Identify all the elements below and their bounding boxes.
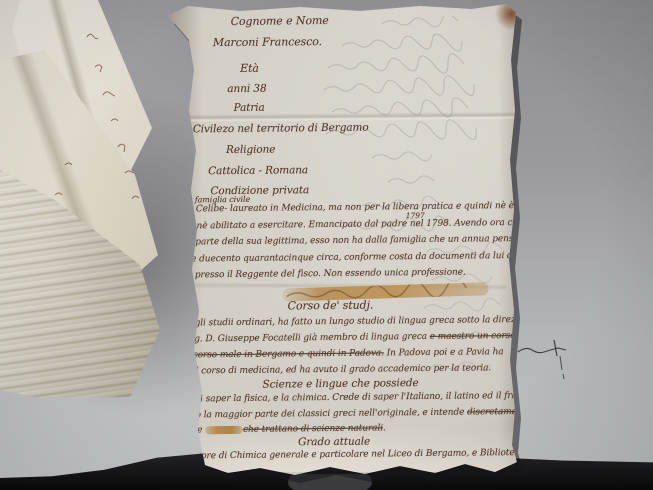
field-label-cognome: Cognome e Nome (231, 14, 329, 28)
inserted-year: 1797 (406, 211, 425, 220)
photo-scene: Cognome e Nome Marconi Francesco. Età an… (0, 0, 653, 490)
section-heading-scienze: Scienze e lingue che possiede (262, 377, 418, 391)
surface-scratch-marks (516, 336, 586, 381)
field-label-religione: Religione (226, 144, 275, 157)
field-value-patria: Civilezo nel territorio di Bergamo (193, 122, 369, 136)
field-value-nome: Marconi Francesco. (213, 35, 322, 49)
line-text: . (383, 423, 386, 433)
paragraph-line: del Sig. D. Giuseppe Focatelli già membr… (169, 331, 527, 345)
paragraph-line: Ha letto la maggior parte dei classici g… (165, 406, 568, 420)
paragraph-line: Professore di Chimica generale e partico… (168, 448, 561, 462)
field-value-religione: Cattolica - Romana (208, 164, 308, 177)
section-heading-grado: Grado attuale (298, 436, 370, 449)
line-text: . Celibe- laureato in Medicina, ma non p… (190, 201, 514, 214)
paragraph-line: gran corso male in Bergamo e quindi in P… (169, 347, 503, 361)
paragraph-line: posti presso il Reggente del fisco. Non … (170, 268, 465, 281)
field-label-patria: Patria (233, 102, 264, 114)
field-value-eta: anni 38 (227, 83, 266, 95)
struck-text: che trattano di scienze naturali (243, 423, 383, 434)
section-heading-studi: Corso de' studj. (288, 299, 374, 313)
paragraph-line: Oltre gli studii ordinari, ha fatto un l… (169, 315, 535, 329)
field-label-eta: Età (240, 62, 259, 75)
paragraph-line: come nè abilitato a esercitare. Emancipa… (170, 217, 537, 231)
ochre-smudged-word (205, 425, 243, 433)
line-text: In Padova poi e a Pavia ha (384, 347, 504, 358)
paragraph-line: mato parte della sua legittima, esso non… (170, 234, 532, 248)
paragraph-line: di lire duecento quarantacinque circa, c… (170, 250, 521, 264)
paragraph-line: fatto il corso di medicina, ed ha avuto … (169, 363, 491, 376)
paragraph-line: Crede di saper la fisica, e la chimica. … (165, 391, 546, 405)
line-text: del Sig. D. Giuseppe Focatelli già membr… (169, 332, 430, 345)
struck-text: gran corso male in Bergamo e quindi in P… (169, 348, 384, 360)
stack-ink-marks (35, 15, 170, 250)
line-text: Ha letto la maggior parte dei classici g… (165, 407, 467, 420)
